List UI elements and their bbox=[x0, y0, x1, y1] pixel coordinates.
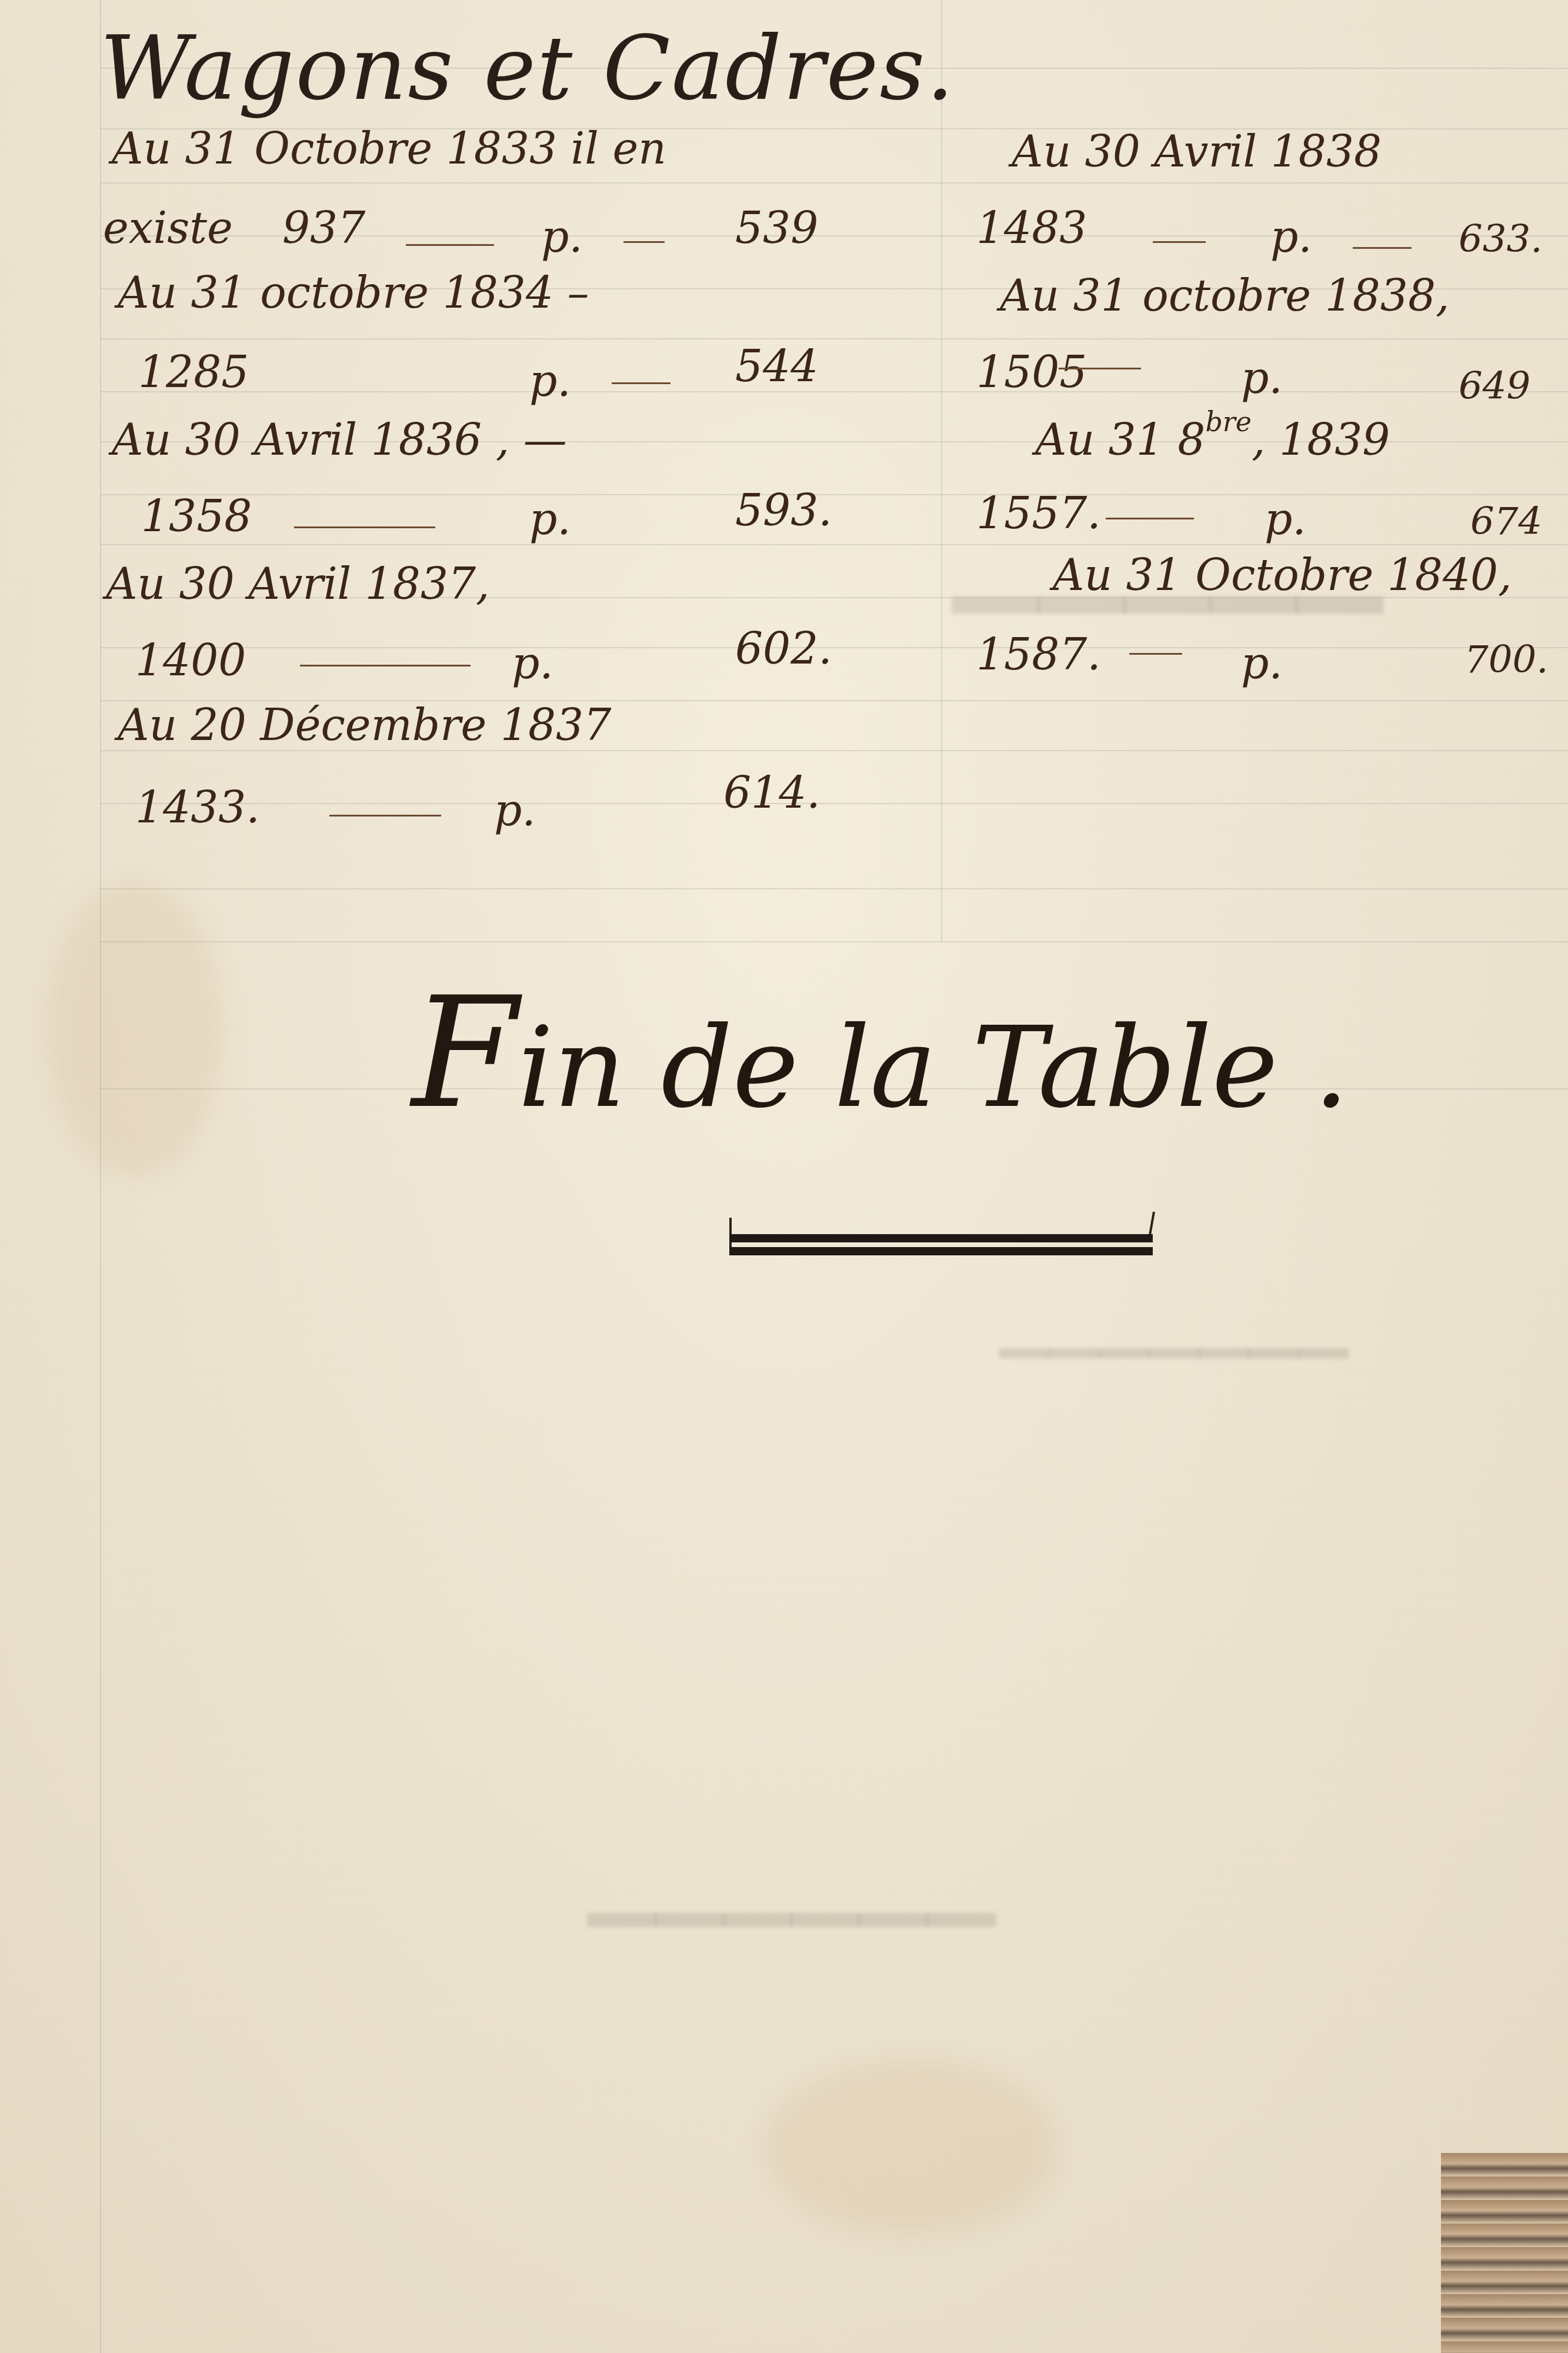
entry-count: 937 bbox=[282, 203, 365, 254]
entry-count: 1505 bbox=[976, 347, 1087, 398]
leader-dash bbox=[300, 665, 471, 666]
rule-bar bbox=[729, 1234, 1153, 1242]
bleed-through-text: ▁▁▁▁▁▁▁ bbox=[1000, 1282, 1348, 1358]
entry-count: 1483 bbox=[976, 203, 1087, 254]
page-label: p. bbox=[529, 356, 571, 406]
page-label: p. bbox=[541, 212, 583, 262]
book-page-edges bbox=[1441, 2153, 1568, 2353]
entry-date: Au 20 Décembre 1837 bbox=[118, 700, 611, 751]
leader-dash bbox=[406, 244, 494, 246]
ruled-line bbox=[100, 391, 1568, 392]
ruled-line bbox=[100, 647, 1568, 648]
page-number: 602. bbox=[735, 624, 832, 674]
page-label: p. bbox=[1241, 638, 1283, 689]
entry-prefix: existe bbox=[103, 203, 233, 254]
page-label: p. bbox=[1241, 353, 1283, 404]
paper-stain bbox=[765, 2059, 1059, 2235]
entry-date: Au 31 octobre 1834 – bbox=[118, 268, 589, 318]
column-divider-line bbox=[941, 0, 942, 941]
closing-text: in de la Table . bbox=[518, 1002, 1349, 1132]
page-label: p. bbox=[512, 638, 553, 689]
leader-dash bbox=[294, 526, 435, 528]
rule-bar bbox=[729, 1247, 1153, 1255]
leader-dash bbox=[1106, 518, 1194, 519]
ruled-line bbox=[100, 888, 1568, 889]
page-label: p. bbox=[1270, 212, 1312, 262]
ruled-line bbox=[100, 338, 1568, 339]
leader-dash bbox=[1153, 241, 1206, 243]
entry-count: 1557. bbox=[976, 488, 1101, 539]
ruled-line bbox=[100, 803, 1568, 804]
closing-heading: Fin de la Table . bbox=[412, 965, 1349, 1142]
entry-count: 1433. bbox=[135, 782, 260, 833]
end-double-rule bbox=[729, 1218, 1153, 1265]
page-number: 614. bbox=[723, 768, 820, 818]
entry-count: 1400 bbox=[135, 635, 246, 686]
leader-dash bbox=[612, 382, 670, 384]
margin-line bbox=[100, 0, 101, 2353]
leader-dash bbox=[1353, 247, 1412, 249]
entry-count: 1285 bbox=[138, 347, 249, 398]
entry-date: Au 31 Octobre 1833 il en bbox=[112, 124, 666, 174]
entry-date: Au 30 Avril 1836 , — bbox=[112, 415, 567, 465]
leader-dash bbox=[623, 241, 665, 243]
page-label: p. bbox=[529, 494, 571, 545]
leader-dash bbox=[1059, 368, 1141, 369]
page-label: p. bbox=[1265, 494, 1306, 545]
leader-dash bbox=[1129, 653, 1182, 655]
entry-date: Au 31 Octobre 1840, bbox=[1053, 550, 1512, 601]
page-number: 539 bbox=[735, 203, 818, 254]
ruled-line bbox=[100, 182, 1568, 184]
page-number: 700. bbox=[1464, 638, 1549, 682]
manuscript-page: ▁▁▁▁▁ ▁▁▁▁▁▁▁ ▁▁▁▁▁▁ Wagons et Cadres. A… bbox=[0, 0, 1568, 2353]
page-number: 593. bbox=[735, 485, 832, 536]
bleed-through-text: ▁▁▁▁▁▁ bbox=[588, 1824, 995, 1926]
paper-stain bbox=[47, 882, 223, 1176]
entry-date-superscript: bre bbox=[1205, 406, 1252, 438]
entry-date-year: , 1839 bbox=[1252, 415, 1390, 465]
page-number: 544 bbox=[735, 341, 818, 392]
entry-count: 1587. bbox=[976, 629, 1101, 680]
leader-dash bbox=[329, 815, 441, 816]
ruled-line bbox=[100, 941, 1568, 942]
entry-date: Au 30 Avril 1837, bbox=[106, 559, 490, 609]
entry-date-day: Au 31 8 bbox=[1035, 415, 1205, 465]
page-label: p. bbox=[494, 785, 536, 836]
entry-count: 1358 bbox=[141, 491, 252, 542]
page-number: 633. bbox=[1459, 218, 1543, 261]
page-title: Wagons et Cadres. bbox=[100, 18, 955, 120]
entry-date: Au 31 octobre 1838, bbox=[1000, 271, 1450, 321]
closing-initial: F bbox=[412, 965, 518, 1142]
page-number: 649 bbox=[1459, 365, 1530, 408]
entry-date: Au 31 8bre, 1839 bbox=[1035, 406, 1390, 465]
page-number: 674 bbox=[1470, 500, 1542, 544]
entry-date: Au 30 Avril 1838 bbox=[1012, 126, 1382, 177]
